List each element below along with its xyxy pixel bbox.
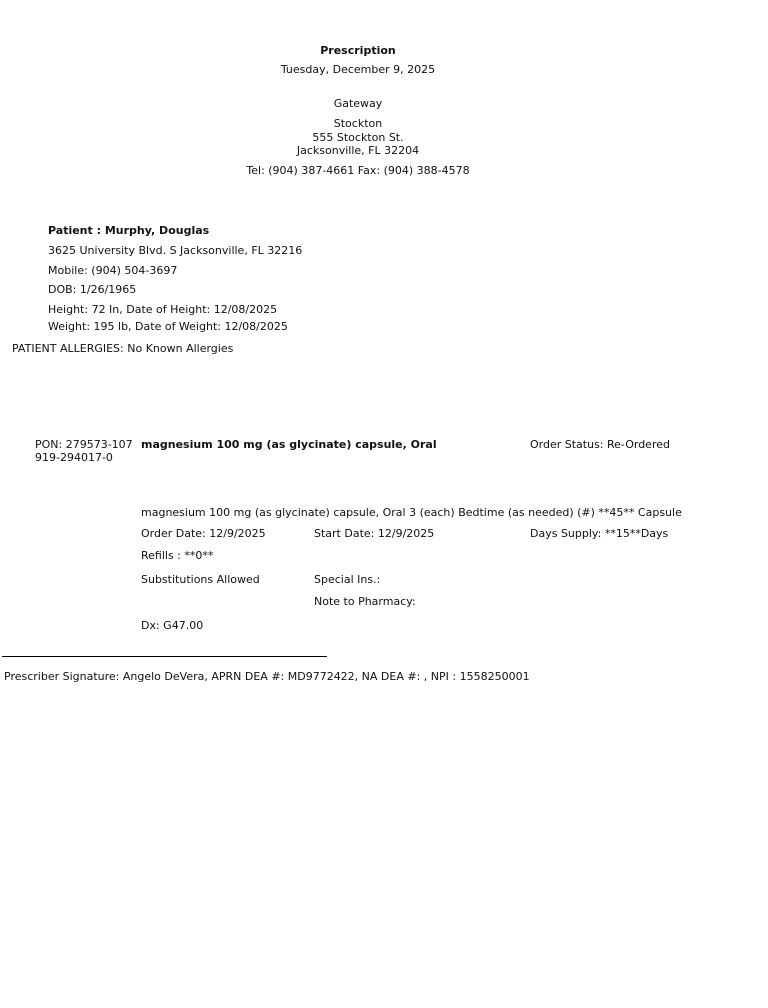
order-substitutions: Substitutions Allowed [141,573,260,587]
patient-name: Patient : Murphy, Douglas [48,224,209,238]
location-address-line1: 555 Stockton St. [0,131,716,145]
order-start-date: Start Date: 12/9/2025 [314,527,434,541]
patient-address: 3625 University Blvd. S Jacksonville, FL… [48,244,302,258]
order-days-supply: Days Supply: **15**Days [530,527,668,541]
order-drug-name: magnesium 100 mg (as glycinate) capsule,… [141,438,441,451]
order-diagnosis: Dx: G47.00 [141,619,203,633]
location-address-line2: Jacksonville, FL 32204 [0,144,716,158]
patient-weight: Weight: 195 lb, Date of Weight: 12/08/20… [48,320,288,334]
location-contact: Tel: (904) 387-4661 Fax: (904) 388-4578 [0,164,716,178]
signature-line [2,656,327,657]
order-special-instructions: Special Ins.: [314,573,380,587]
order-note-to-pharmacy: Note to Pharmacy: [314,595,416,609]
order-date: Order Date: 12/9/2025 [141,527,266,541]
document-date: Tuesday, December 9, 2025 [0,63,716,77]
document-title: Prescription [0,44,716,58]
practice-name: Gateway [0,97,716,111]
prescriber-signature: Prescriber Signature: Angelo DeVera, APR… [4,670,530,684]
patient-allergies: PATIENT ALLERGIES: No Known Allergies [12,342,233,356]
location-name: Stockton [0,117,716,131]
order-refills: Refills : **0** [141,549,213,563]
order-sig: magnesium 100 mg (as glycinate) capsule,… [141,506,682,520]
patient-height: Height: 72 In, Date of Height: 12/08/202… [48,303,277,317]
order-pon: PON: 279573-107919-294017-0 [35,438,135,464]
patient-mobile: Mobile: (904) 504-3697 [48,264,177,278]
patient-dob: DOB: 1/26/1965 [48,283,136,297]
order-status: Order Status: Re-Ordered [530,438,670,452]
